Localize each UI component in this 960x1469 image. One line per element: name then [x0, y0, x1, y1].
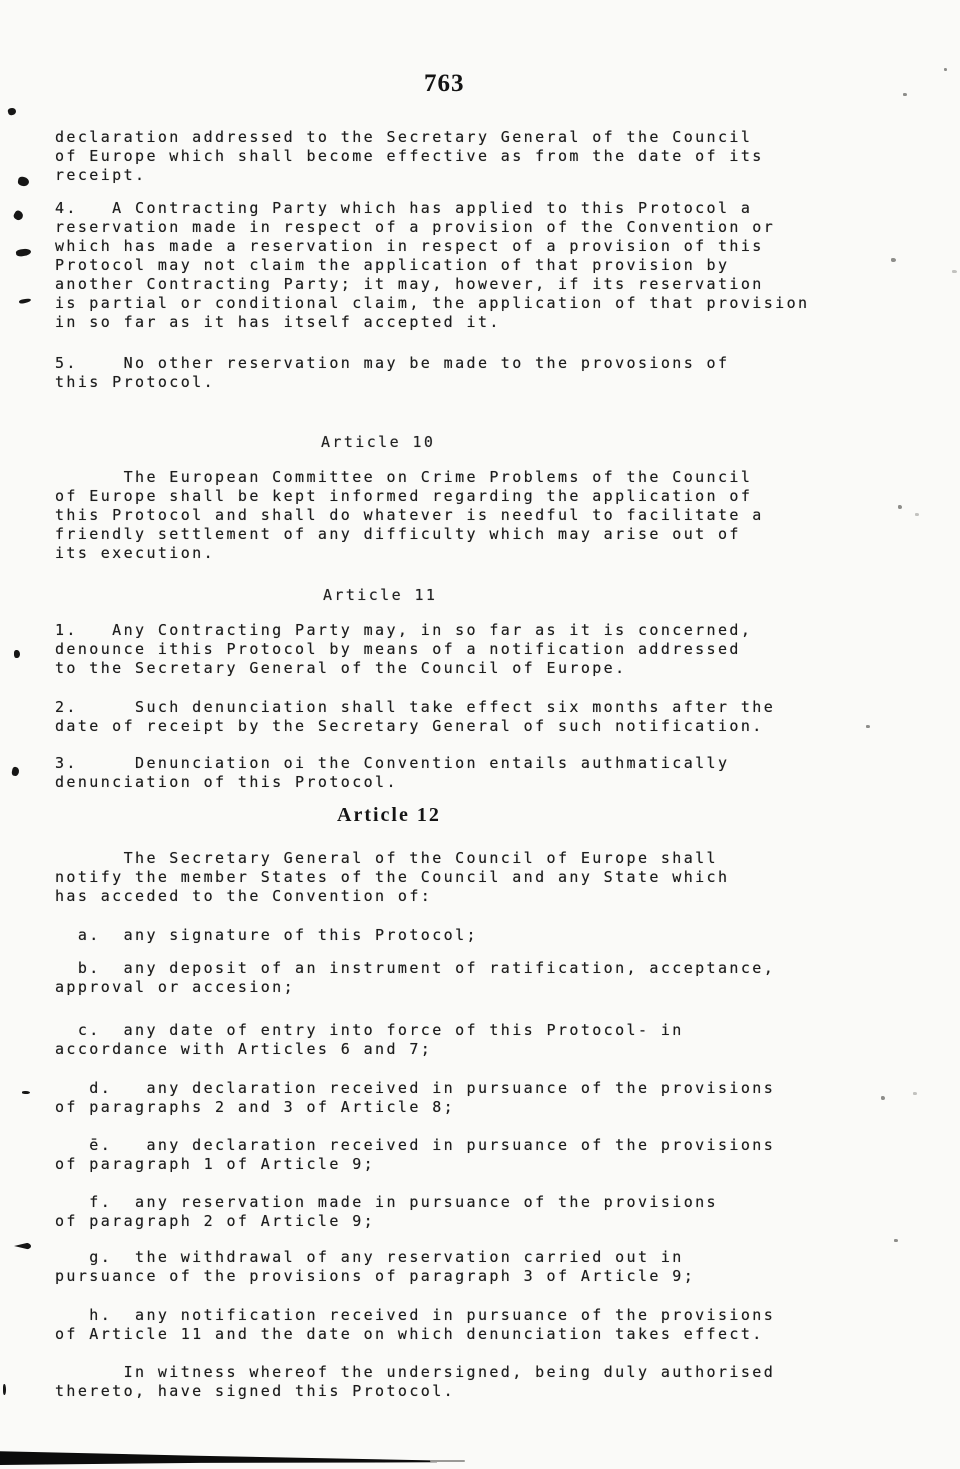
scan-artifact: [22, 1091, 30, 1094]
heading-article-11: Article 11: [323, 586, 437, 605]
paragraph-declaration: declaration addressed to the Secretary G…: [55, 128, 895, 185]
paragraph-11-3: 3. Denunciation oi the Convention entail…: [55, 754, 895, 792]
paragraph-article-12-intro: The Secretary General of the Council of …: [55, 849, 895, 906]
list-item-h: h. any notification received in pursuanc…: [55, 1306, 895, 1344]
scan-artifact: [16, 248, 32, 257]
scan-artifact: [17, 176, 29, 187]
scan-edge-bar-tail: [430, 1460, 465, 1462]
scan-artifact: [7, 107, 17, 116]
scan-speck: [915, 513, 919, 516]
scan-artifact: [14, 1242, 31, 1250]
heading-article-10: Article 10: [321, 433, 435, 452]
scan-speck: [898, 505, 902, 509]
list-item-a: a. any signature of this Protocol;: [55, 926, 895, 945]
paragraph-article-10: The European Committee on Crime Problems…: [55, 468, 895, 563]
scan-artifact: [3, 1384, 6, 1395]
scan-speck: [891, 258, 896, 262]
scan-artifact: [11, 766, 20, 776]
scan-speck: [866, 725, 870, 728]
page-number: 763: [424, 70, 465, 98]
list-item-b: b. any deposit of an instrument of ratif…: [55, 959, 895, 997]
scan-speck: [894, 1239, 898, 1242]
scan-artifact: [19, 298, 32, 304]
scan-speck: [913, 1092, 917, 1095]
scan-speck: [944, 68, 947, 71]
list-item-g: g. the withdrawal of any reservation car…: [55, 1248, 895, 1286]
scan-artifact: [12, 209, 24, 221]
list-item-c: c. any date of entry into force of this …: [55, 1021, 895, 1059]
scan-speck: [952, 270, 957, 273]
list-item-f: f. any reservation made in pursuance of …: [55, 1193, 895, 1231]
scan-edge-bar: [0, 1450, 437, 1465]
paragraph-4: 4. A Contracting Party which has applied…: [55, 199, 895, 332]
heading-article-12: Article 12: [337, 804, 441, 827]
scanned-document-page: 763 declaration addressed to the Secreta…: [0, 0, 960, 1469]
paragraph-11-2: 2. Such denunciation shall take effect s…: [55, 698, 895, 736]
list-item-e: ē. any declaration received in pursuance…: [55, 1136, 895, 1174]
scan-artifact: [14, 650, 20, 658]
paragraph-11-1: 1. Any Contracting Party may, in so far …: [55, 621, 895, 678]
list-item-d: d. any declaration received in pursuance…: [55, 1079, 895, 1117]
scan-speck: [881, 1096, 885, 1100]
paragraph-5: 5. No other reservation may be made to t…: [55, 354, 895, 392]
paragraph-witness: In witness whereof the undersigned, bein…: [55, 1363, 895, 1401]
scan-speck: [903, 93, 907, 96]
